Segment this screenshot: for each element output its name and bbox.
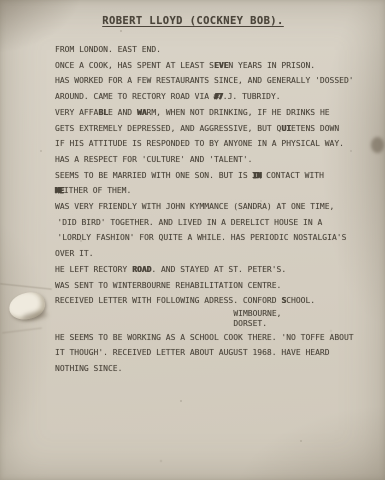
text-line: WAS VERY FRIENDLY WITH JOHN KYMMANCE (SA… [55, 199, 359, 215]
text-line: RECEIVED LETTER WITH FOLLOWING ADRESS. C… [55, 293, 359, 309]
text-segment: ITHER OF THEM. [64, 186, 131, 195]
text-line: ONCE A COOK, HAS SPENT AT LEAST SEVEN YE… [55, 58, 359, 74]
text-line: 'LORDLY FASHION' FOR QUITE A WHILE. HAS … [55, 230, 359, 246]
text-line: IF HIS ATTITUDE IS RESPONDED TO BY ANYON… [55, 136, 359, 152]
text-line: HAS WORKED FOR A FEW RESTAURANTS SINCE, … [55, 73, 359, 89]
text-segment: IF HIS ATTITUDE IS RESPONDED TO BY ANYON… [55, 139, 344, 148]
text-line: IT THOUGH'. RECEIVED LETTER ABOUT AUGUST… [55, 345, 359, 361]
text-line: AROUND. CAME TO RECTORY ROAD VIA #7.J. T… [55, 89, 359, 105]
text-segment: HE LEFT RECTORY [55, 265, 132, 274]
text-segment: GETS EXTREMELY DEPRESSED, AND AGGRESSIVE… [55, 124, 281, 133]
paper-crease [2, 328, 42, 334]
text-segment: N YEARS IN PRISON. [228, 61, 315, 70]
overtyped-text: UI [281, 124, 291, 133]
text-segment: VERY AFFA [55, 108, 98, 117]
text-segment: WAS VERY FRIENDLY WITH JOHN KYMMANCE (SA… [55, 202, 334, 211]
text-segment: E AND [108, 108, 137, 117]
paper-stain [371, 137, 384, 153]
text-line: NOTHING SINCE. [55, 361, 359, 377]
typewritten-document: ROBERT LLOYD (COCKNEY BOB). FROM LONDON.… [55, 15, 359, 377]
text-line: HAS A RESPECT FOR 'CULTURE' AND 'TALENT'… [55, 152, 359, 168]
text-line: NEITHER OF THEM. [55, 183, 359, 199]
text-line: HE LEFT RECTORY ROAD. AND STAYED AT ST. … [55, 262, 359, 278]
text-segment: IT THOUGH'. RECEIVED LETTER ABOUT AUGUST… [55, 348, 330, 357]
overstruck-text: #7 [214, 92, 223, 101]
text-segment: ONCE A COOK, HAS SPENT AT LEAST S [55, 61, 214, 70]
text-line: 'DID BIRD' TOGETHER. AND LIVED IN A DERE… [55, 215, 359, 231]
text-segment: .J. TUBRIDY. [223, 92, 281, 101]
overtyped-text: BL [98, 108, 108, 117]
text-segment: RECEIVED LETTER WITH FOLLOWING ADRESS. C… [55, 296, 281, 305]
text-segment: WIMBOURNE, [233, 309, 281, 318]
overstruck-text: NE [55, 186, 64, 195]
text-line: SEEMS TO BE MARRIED WITH ONE SON. BUT IS… [55, 168, 359, 184]
text-segment: HAS A RESPECT FOR 'CULTURE' AND 'TALENT'… [55, 155, 252, 164]
paper-crease [0, 283, 52, 289]
text-segment: RM, WHEN NOT DRINKING, IF HE DRINKS HE [147, 108, 330, 117]
text-segment: HE SEEMS TO BE WORKING AS A SCHOOL COOK … [55, 333, 354, 342]
document-title: ROBERT LLOYD (COCKNEY BOB). [41, 15, 345, 27]
document-page: ROBERT LLOYD (COCKNEY BOB). FROM LONDON.… [0, 0, 385, 480]
text-segment: DORSET. [233, 319, 267, 328]
text-line: WIMBOURNE, [55, 309, 359, 319]
text-line: WAS SENT TO WINTERBOURNE REHABILITATION … [55, 278, 359, 294]
overstruck-text: IN [252, 171, 261, 180]
text-line: OVER IT. [55, 246, 359, 262]
text-segment: 'DID BIRD' TOGETHER. AND LIVED IN A DERE… [57, 218, 322, 227]
text-line: FROM LONDON. EAST END. [55, 42, 359, 58]
overtyped-text: WA [137, 108, 147, 117]
text-line: HE SEEMS TO BE WORKING AS A SCHOOL COOK … [55, 330, 359, 346]
text-segment: CHOOL. [286, 296, 315, 305]
text-line: DORSET. [55, 319, 359, 329]
text-segment: ETENS DOWN [291, 124, 339, 133]
text-segment: AROUND. CAME TO RECTORY ROAD VIA [55, 92, 214, 101]
text-segment: CONTACT WITH [261, 171, 324, 180]
text-line: VERY AFFABLE AND WARM, WHEN NOT DRINKING… [55, 105, 359, 121]
overtyped-text: ROAD [132, 265, 151, 274]
text-line: GETS EXTREMELY DEPRESSED, AND AGGRESSIVE… [55, 121, 359, 137]
overtyped-text: EVE [214, 61, 228, 70]
text-segment: HAS WORKED FOR A FEW RESTAURANTS SINCE, … [55, 76, 354, 85]
document-body: FROM LONDON. EAST END.ONCE A COOK, HAS S… [55, 42, 359, 377]
text-segment: OVER IT. [55, 249, 94, 258]
text-segment: NOTHING SINCE. [55, 364, 122, 373]
text-segment: . AND STAYED AT ST. PETER'S. [151, 265, 286, 274]
text-segment: WAS SENT TO WINTERBOURNE REHABILITATION … [55, 281, 281, 290]
text-segment: SEEMS TO BE MARRIED WITH ONE SON. BUT IS [55, 171, 252, 180]
text-segment: FROM LONDON. EAST END. [55, 45, 161, 54]
text-segment: 'LORDLY FASHION' FOR QUITE A WHILE. HAS … [57, 233, 346, 242]
